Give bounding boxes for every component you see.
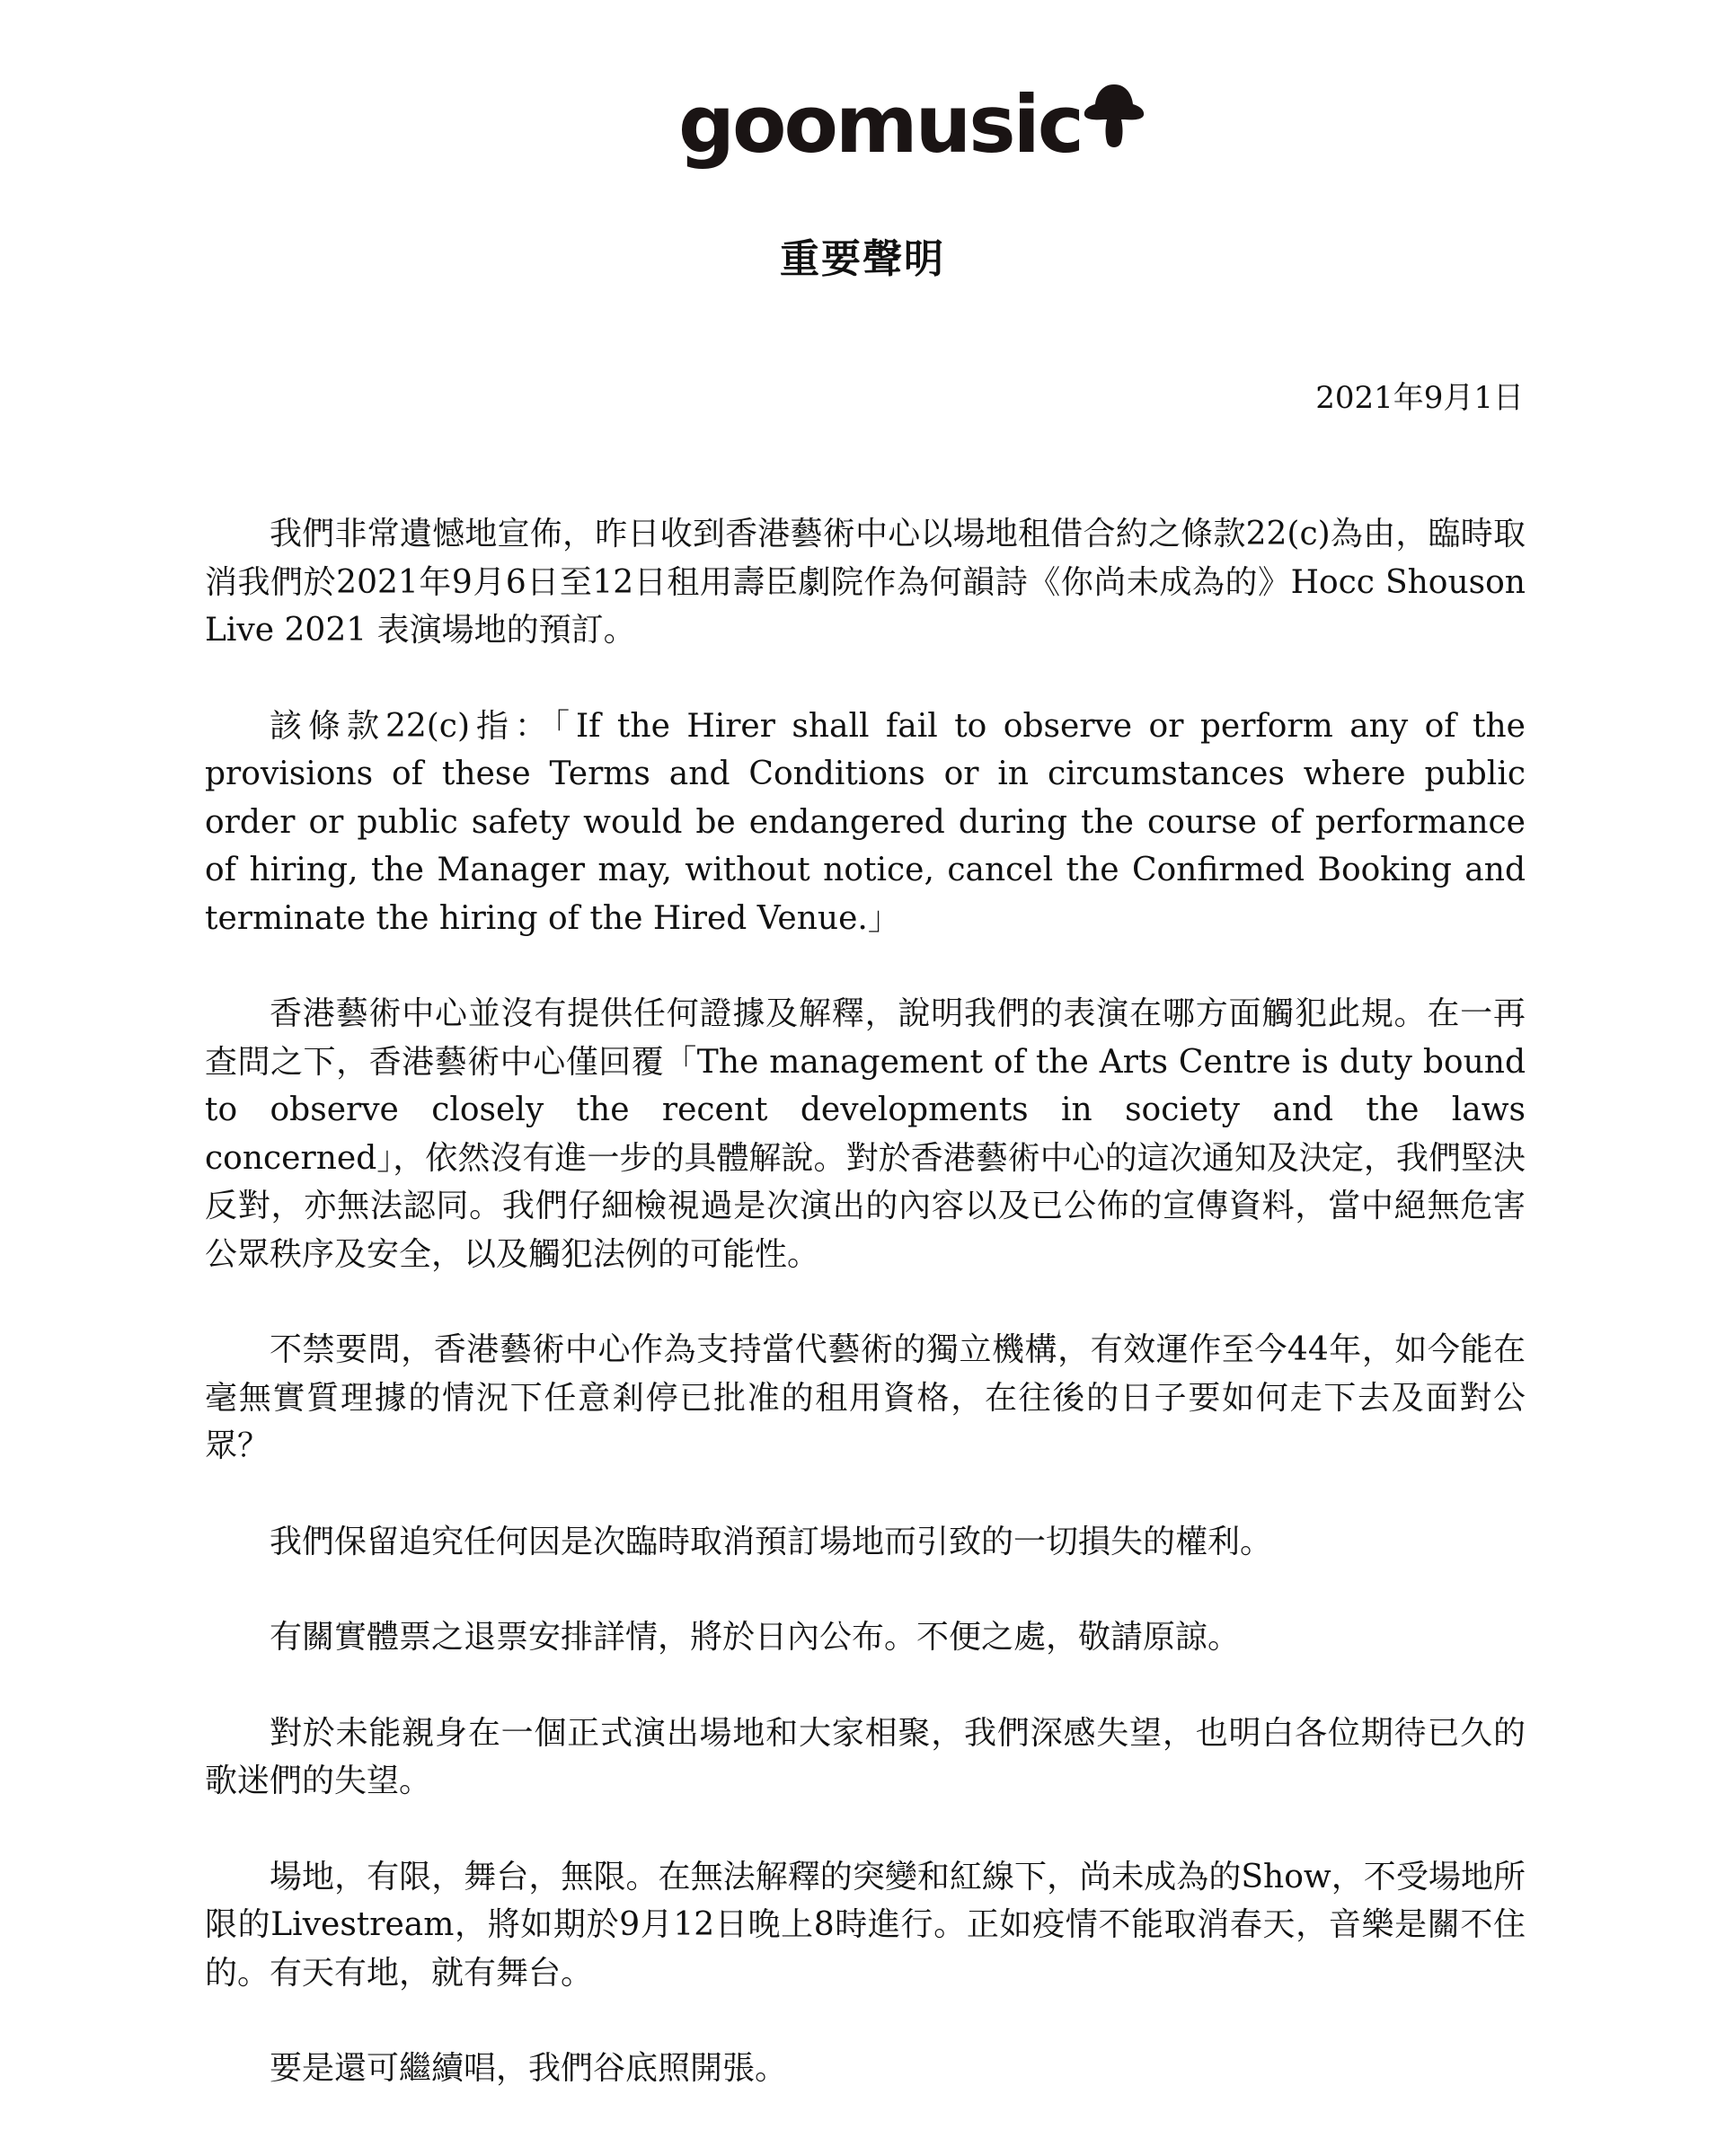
- statement-date: 2021年9月1日: [1315, 373, 1524, 417]
- paragraph-clause-22c: 該條款22(c)指：「If the Hirer shall fail to ob…: [205, 702, 1526, 943]
- paragraph-no-explanation: 香港藝術中心並沒有提供任何證據及解釋，說明我們的表演在哪方面觸犯此規。在一再查問…: [205, 990, 1526, 1278]
- paragraph-question: 不禁要問，香港藝術中心作為支持當代藝術的獨立機構，有效運作至今44年，如今能在毫…: [205, 1326, 1526, 1471]
- paragraph-rights-reserved: 我們保留追究任何因是次臨時取消預訂場地而引致的一切損失的權利。: [205, 1518, 1526, 1567]
- page-title: 重要聲明: [0, 226, 1725, 284]
- paragraph-refund: 有關實體票之退票安排詳情，將於日內公布。不便之處，敬請原諒。: [205, 1613, 1526, 1662]
- mushroom-icon: [1082, 83, 1146, 155]
- paragraph-closing: 要是還可繼續唱，我們谷底照開張。: [205, 2045, 1526, 2093]
- goomusic-logo: goomusic: [678, 83, 1146, 181]
- paragraph-cancellation-notice: 我們非常遺憾地宣佈，昨日收到香港藝術中心以場地租借合約之條款22(c)為由，臨時…: [205, 510, 1526, 655]
- paragraph-disappointment: 對於未能親身在一個正式演出場地和大家相聚，我們深感失望，也明白各位期待已久的歌迷…: [205, 1710, 1526, 1806]
- paragraph-livestream: 場地，有限，舞台，無限。在無法解釋的突變和紅線下，尚未成為的Show，不受場地所…: [205, 1853, 1526, 1998]
- logo-wordmark: goomusic: [678, 75, 1082, 174]
- statement-body: 我們非常遺憾地宣佈，昨日收到香港藝術中心以場地租借合約之條款22(c)為由，臨時…: [205, 510, 1526, 2141]
